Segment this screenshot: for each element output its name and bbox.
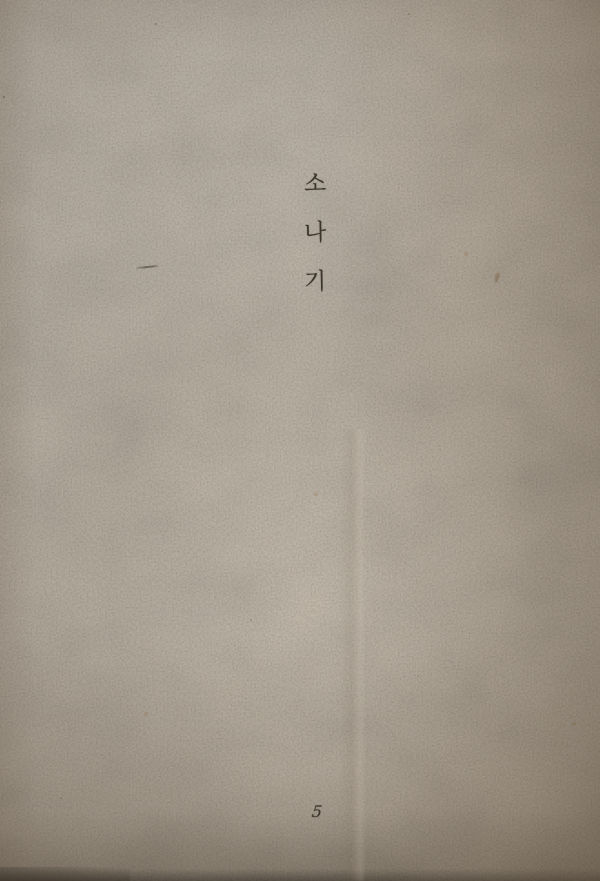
book-title-vertical: 소 나 기 [299,173,331,294]
title-char-gi: 기 [304,271,327,294]
bottom-edge-shadow [0,867,130,881]
book-title-page-photo: 소 나 기 5 [0,0,600,881]
photo-vignette [0,0,600,881]
paper-crease [340,430,366,881]
title-char-so: 소 [304,173,327,196]
foxing-speckles [155,23,157,25]
title-char-na: 나 [304,222,327,245]
page-number: 5 [302,802,332,821]
